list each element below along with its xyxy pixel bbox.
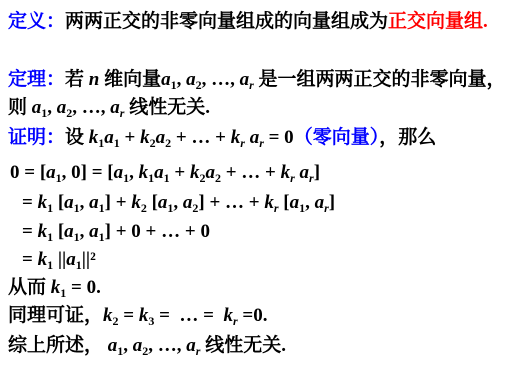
- text-segment: , 0] = [: [62, 162, 114, 183]
- text-segment: a: [315, 192, 325, 213]
- text-segment: , …,: [72, 97, 110, 118]
- theorem-line-2: 则 a1, a2, …, ar 线性无关.: [8, 96, 210, 120]
- text-segment: 维向量: [99, 69, 161, 90]
- text-segment: a: [114, 162, 124, 183]
- text-segment: k: [38, 192, 48, 213]
- text-segment: 定理：: [8, 69, 65, 90]
- final-conclusion-line: 综上所述， a1, a2, …, ar 线性无关.: [8, 334, 286, 358]
- text-segment: =0.: [238, 305, 268, 326]
- text-segment: k: [231, 127, 241, 148]
- text-segment: n: [89, 69, 100, 90]
- text-segment: 0 = [: [10, 162, 46, 183]
- text-segment: k: [89, 127, 99, 148]
- text-segment: a: [250, 127, 260, 148]
- text-segment: k: [51, 277, 61, 298]
- text-segment: =: [119, 305, 139, 326]
- text-segment: k: [140, 127, 150, 148]
- text-segment: ,: [305, 192, 315, 213]
- text-segment: ||: [53, 249, 66, 270]
- text-segment: a: [183, 192, 193, 213]
- text-segment: a: [290, 192, 300, 213]
- text-segment: a: [133, 335, 143, 356]
- text-segment: k: [264, 192, 274, 213]
- text-segment: +: [170, 162, 190, 183]
- text-segment: 证明：: [8, 127, 65, 148]
- text-segment: 综上所述，: [8, 335, 108, 356]
- text-segment: ,: [129, 162, 139, 183]
- text-segment: a: [154, 162, 164, 183]
- text-segment: , …,: [202, 69, 240, 90]
- equation-2: = k1 [a1, a1] + k2 [a1, a2] + … + kr [a1…: [22, 191, 335, 215]
- text-segment: ] + 0 + … + 0: [105, 221, 210, 242]
- text-segment: ]: [329, 192, 335, 213]
- text-segment: [: [53, 192, 64, 213]
- text-segment: 同理可证，: [8, 305, 103, 326]
- text-segment: k: [139, 162, 149, 183]
- text-segment: a: [104, 127, 114, 148]
- text-segment: ] +: [105, 192, 132, 213]
- conclusion-k1-line: 从而 k1 = 0.: [8, 276, 101, 300]
- text-segment: 两两正交的非零向量组成的向量组成为: [65, 11, 388, 32]
- text-segment: k: [131, 192, 141, 213]
- text-segment: , …,: [148, 335, 186, 356]
- slide: 定义：两两正交的非零向量组成的向量组成为正交向量组.定理：若 n 维向量a1, …: [0, 0, 514, 373]
- similarly-line: 同理可证，k2 = k3 = … = kr =0.: [8, 304, 268, 328]
- text-segment: a: [205, 162, 215, 183]
- text-segment: k: [139, 305, 149, 326]
- text-segment: ,: [47, 97, 57, 118]
- text-segment: 线性无关.: [200, 335, 286, 356]
- text-segment: a: [64, 192, 74, 213]
- text-segment: 是一组两两正交的非零向量，: [254, 69, 506, 90]
- text-segment: a: [300, 162, 310, 183]
- text-segment: k: [38, 249, 48, 270]
- text-segment: 线性无关.: [124, 97, 210, 118]
- text-segment: a: [64, 221, 74, 242]
- text-segment: ] + … +: [198, 192, 264, 213]
- text-segment: k: [38, 221, 48, 242]
- text-segment: 定义：: [8, 11, 65, 32]
- text-segment: ,: [173, 192, 183, 213]
- text-segment: = … =: [154, 305, 223, 326]
- text-segment: a: [158, 192, 168, 213]
- text-segment: a: [240, 69, 250, 90]
- text-segment: = 0.: [66, 277, 101, 298]
- text-segment: =: [22, 221, 38, 242]
- text-segment: [: [53, 221, 64, 242]
- text-segment: [: [279, 192, 290, 213]
- text-segment: [: [147, 192, 158, 213]
- text-segment: + … +: [221, 162, 281, 183]
- text-segment: 则: [8, 97, 32, 118]
- text-segment: a: [57, 97, 67, 118]
- text-segment: 设: [65, 127, 89, 148]
- text-segment: a: [161, 69, 171, 90]
- proof-setup-line: 证明：设 k1a1 + k2a2 + … + kr ar = 0（零向量），那么: [8, 126, 436, 150]
- text-segment: a: [186, 335, 196, 356]
- text-segment: （零向量）: [294, 127, 380, 148]
- text-segment: a: [66, 249, 76, 270]
- text-segment: ||²: [82, 249, 96, 270]
- text-segment: k: [103, 305, 113, 326]
- text-segment: a: [89, 192, 99, 213]
- document-body: 定义：两两正交的非零向量组成的向量组成为正交向量组.定理：若 n 维向量a1, …: [0, 0, 514, 373]
- equation-4: = k1 ||a1||²: [22, 248, 96, 272]
- equation-1: 0 = [a1, 0] = [a1, k1a1 + k2a2 + … + kr …: [10, 161, 320, 185]
- text-segment: k: [281, 162, 291, 183]
- text-segment: ,: [80, 192, 90, 213]
- text-segment: k: [224, 305, 234, 326]
- text-segment: a: [89, 221, 99, 242]
- theorem-line-1: 定理：若 n 维向量a1, a2, …, ar 是一组两两正交的非零向量，: [8, 68, 506, 92]
- text-segment: a: [110, 97, 120, 118]
- text-segment: ,: [177, 69, 187, 90]
- equation-3: = k1 [a1, a1] + 0 + … + 0: [22, 220, 210, 244]
- text-segment: =: [22, 192, 38, 213]
- text-segment: ,: [80, 221, 90, 242]
- text-segment: = 0: [264, 127, 294, 148]
- text-segment: 正交向量组.: [388, 11, 488, 32]
- text-segment: ，那么: [379, 127, 436, 148]
- text-segment: a: [46, 162, 56, 183]
- text-segment: 从而: [8, 277, 51, 298]
- text-segment: a: [108, 335, 118, 356]
- text-segment: a: [32, 97, 42, 118]
- text-segment: + … +: [171, 127, 231, 148]
- text-segment: ]: [314, 162, 320, 183]
- text-segment: ,: [123, 335, 133, 356]
- definition-line: 定义：两两正交的非零向量组成的向量组成为正交向量组.: [8, 10, 488, 34]
- text-segment: a: [186, 69, 196, 90]
- text-segment: a: [156, 127, 166, 148]
- text-segment: =: [22, 249, 38, 270]
- text-segment: 若: [65, 69, 89, 90]
- text-segment: +: [120, 127, 140, 148]
